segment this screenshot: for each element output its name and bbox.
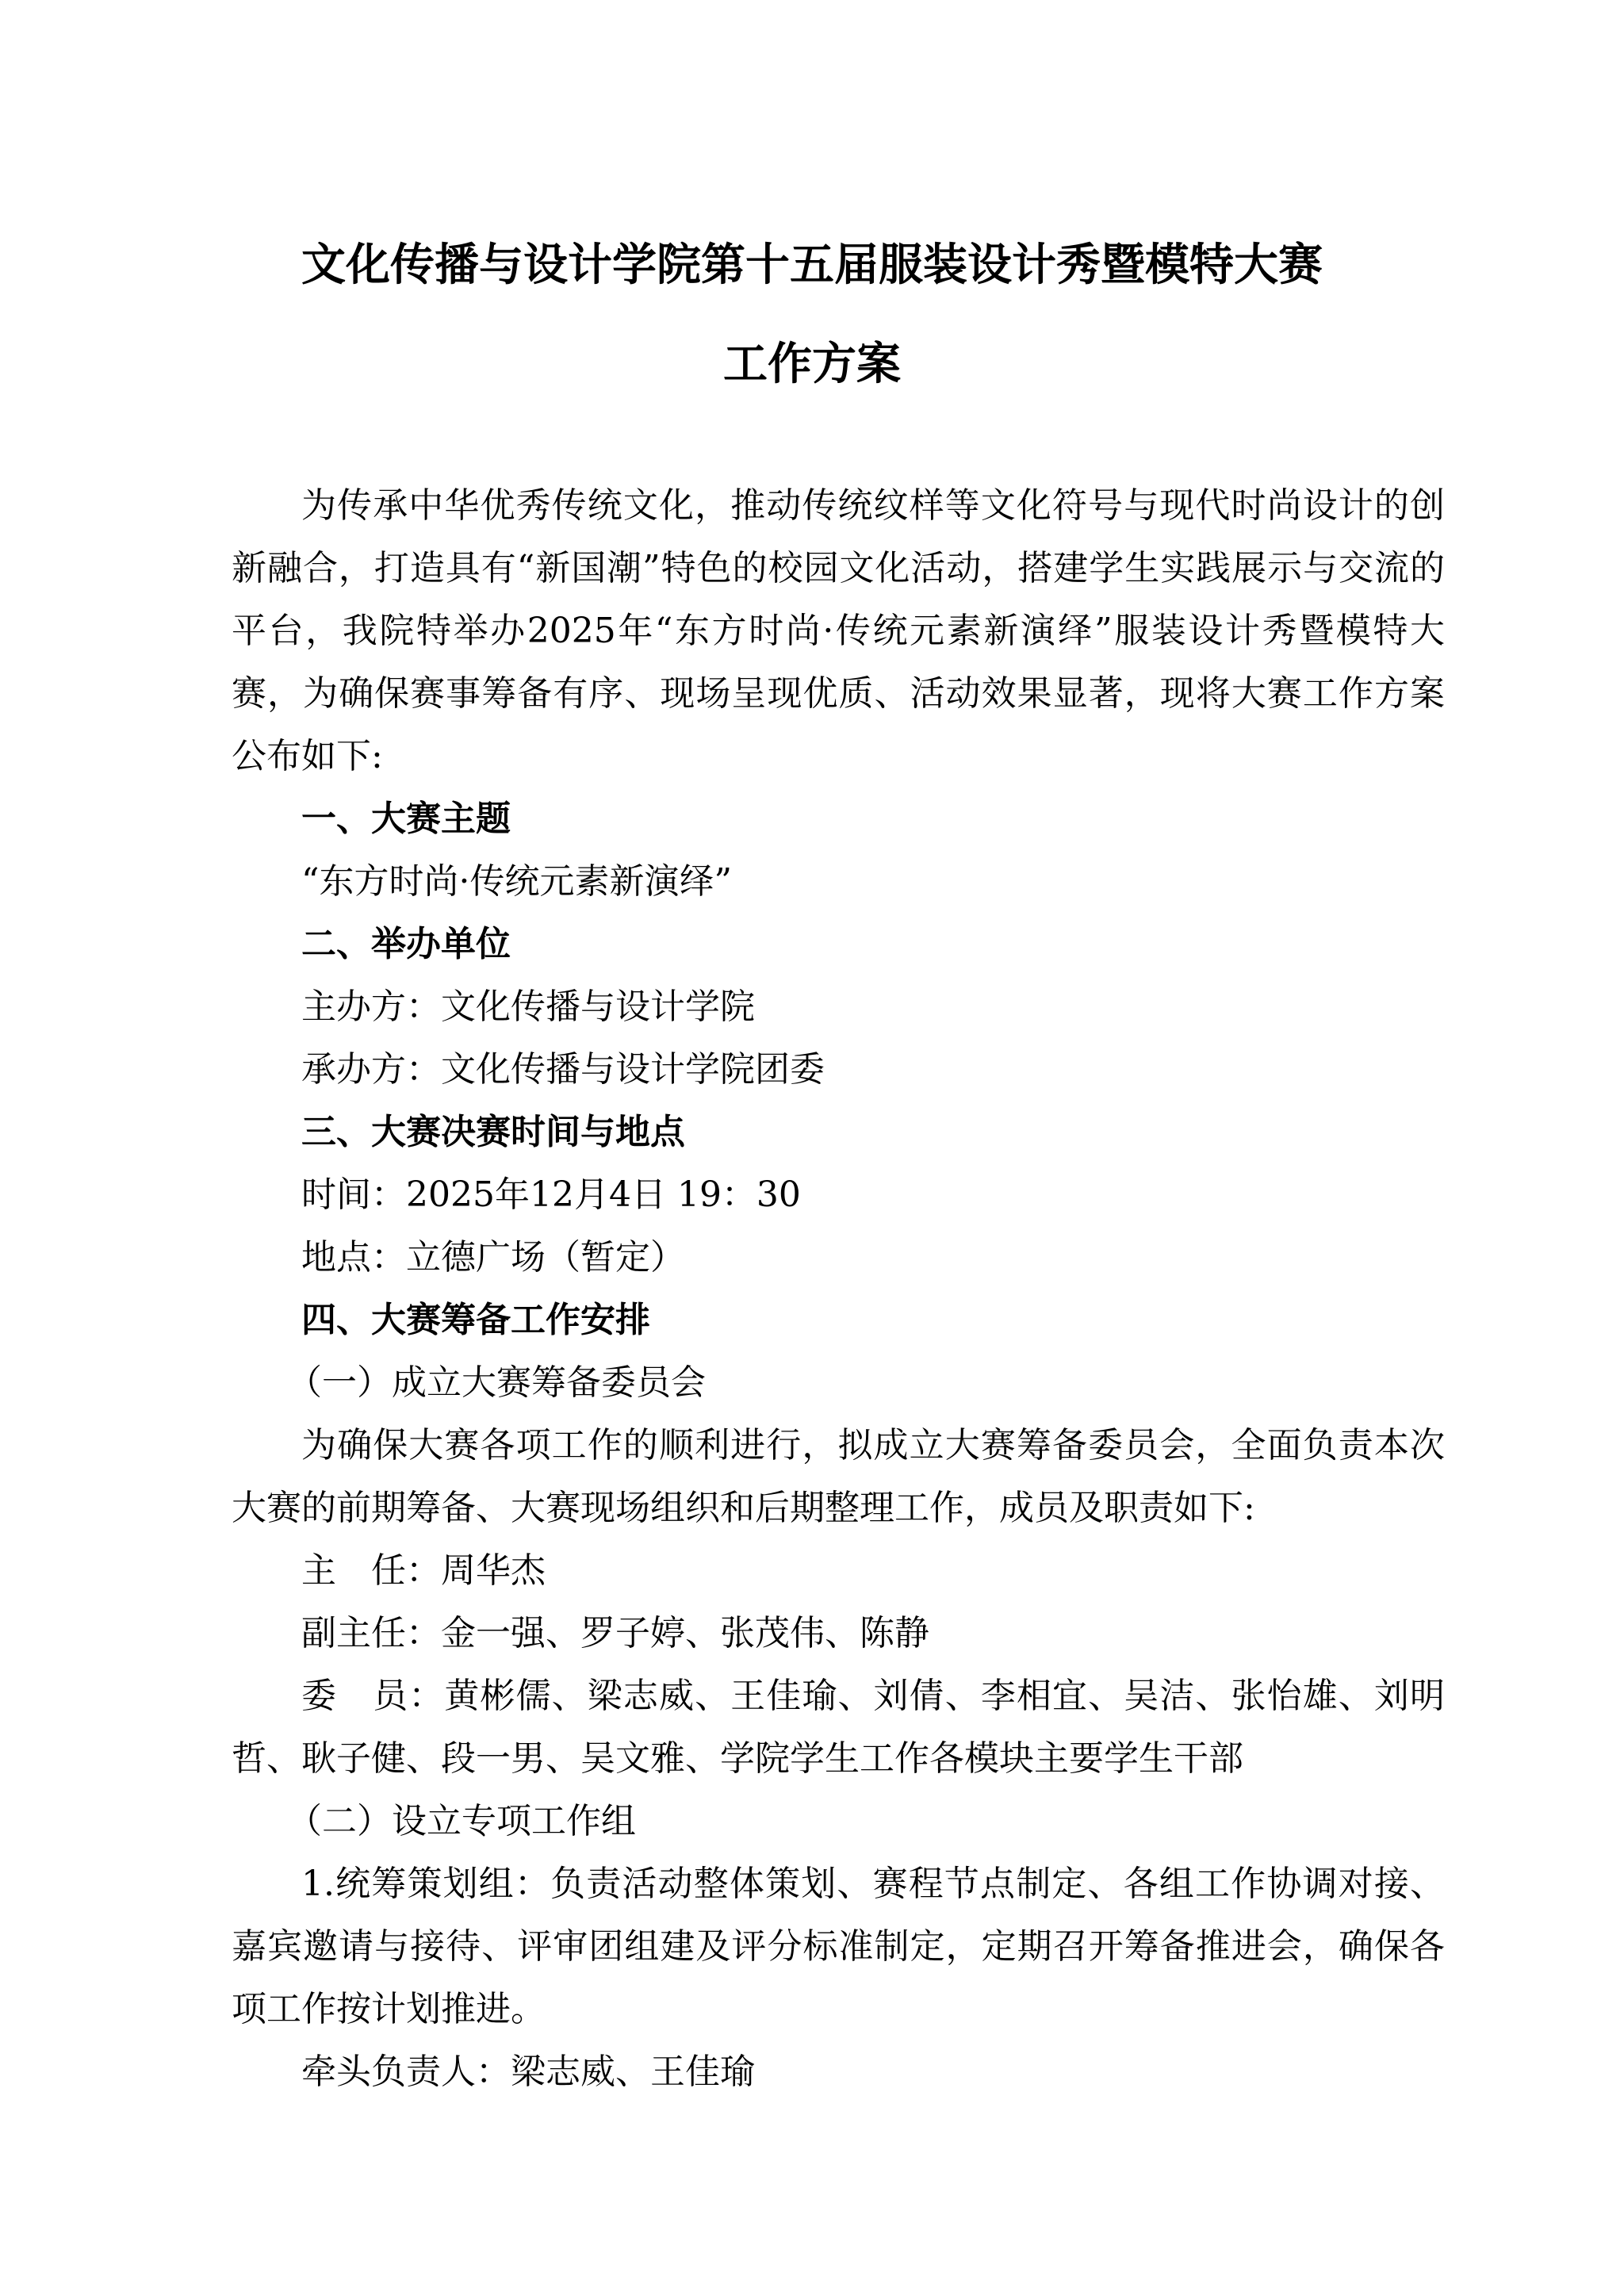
subsection-heading-committee: （一）成立大赛筹备委员会: [232, 1351, 1445, 1414]
member-row-committee: 委 员：黄彬儒、梁志威、王佳瑜、刘倩、李相宜、吴洁、张怡雄、刘明哲、耿子健、段一…: [232, 1665, 1445, 1790]
member-row-director: 主 任：周华杰: [232, 1539, 1445, 1602]
document-page: 文化传播与设计学院第十五届服装设计秀暨模特大赛 工作方案 为传承中华优秀传统文化…: [0, 0, 1624, 2295]
section-heading-preparation: 四、大赛筹备工作安排: [232, 1289, 1445, 1351]
workgroup-item: 1.统筹策划组：负责活动整体策划、赛程节点制定、各组工作协调对接、嘉宾邀请与接待…: [232, 1852, 1445, 2040]
organizer-line: 承办方：文化传播与设计学院团委: [232, 1038, 1445, 1101]
member-role: 主 任：: [301, 1550, 441, 1591]
lead-label: 牵头负责人：: [301, 2052, 511, 2092]
place-line: 地点：立德广场（暂定）: [232, 1226, 1445, 1289]
committee-paragraph: 为确保大赛各项工作的顺利进行，拟成立大赛筹备委员会，全面负责本次大赛的前期筹备、…: [232, 1414, 1445, 1539]
subsection-heading-workgroups: （二）设立专项工作组: [232, 1790, 1445, 1852]
lead-names: 梁志威、王佳瑜: [511, 2052, 755, 2092]
intro-paragraph: 为传承中华优秀传统文化，推动传统纹样等文化符号与现代时尚设计的创新融合，打造具有…: [232, 474, 1445, 787]
workgroup-lead: 牵头负责人：梁志威、王佳瑜: [232, 2040, 1445, 2103]
host-line: 主办方：文化传播与设计学院: [232, 975, 1445, 1038]
member-role: 委 员：: [301, 1676, 444, 1716]
section-heading-time-place: 三、大赛决赛时间与地点: [232, 1101, 1445, 1163]
member-row-deputy: 副主任：金一强、罗子婷、张茂伟、陈静: [232, 1602, 1445, 1665]
document-title: 文化传播与设计学院第十五届服装设计秀暨模特大赛: [0, 238, 1624, 293]
section-heading-theme: 一、大赛主题: [232, 787, 1445, 850]
member-names: 金一强、罗子婷、张茂伟、陈静: [441, 1613, 929, 1653]
member-names: 周华杰: [441, 1550, 546, 1591]
time-line: 时间：2025年12月4日 19：30: [232, 1163, 1445, 1226]
document-body: 为传承中华优秀传统文化，推动传统纹样等文化符号与现代时尚设计的创新融合，打造具有…: [232, 474, 1445, 2103]
section-heading-organizers: 二、举办单位: [232, 913, 1445, 975]
member-role: 副主任：: [301, 1613, 441, 1653]
document-subtitle: 工作方案: [0, 337, 1624, 393]
theme-text: “东方时尚·传统元素新演绎”: [232, 850, 1445, 913]
